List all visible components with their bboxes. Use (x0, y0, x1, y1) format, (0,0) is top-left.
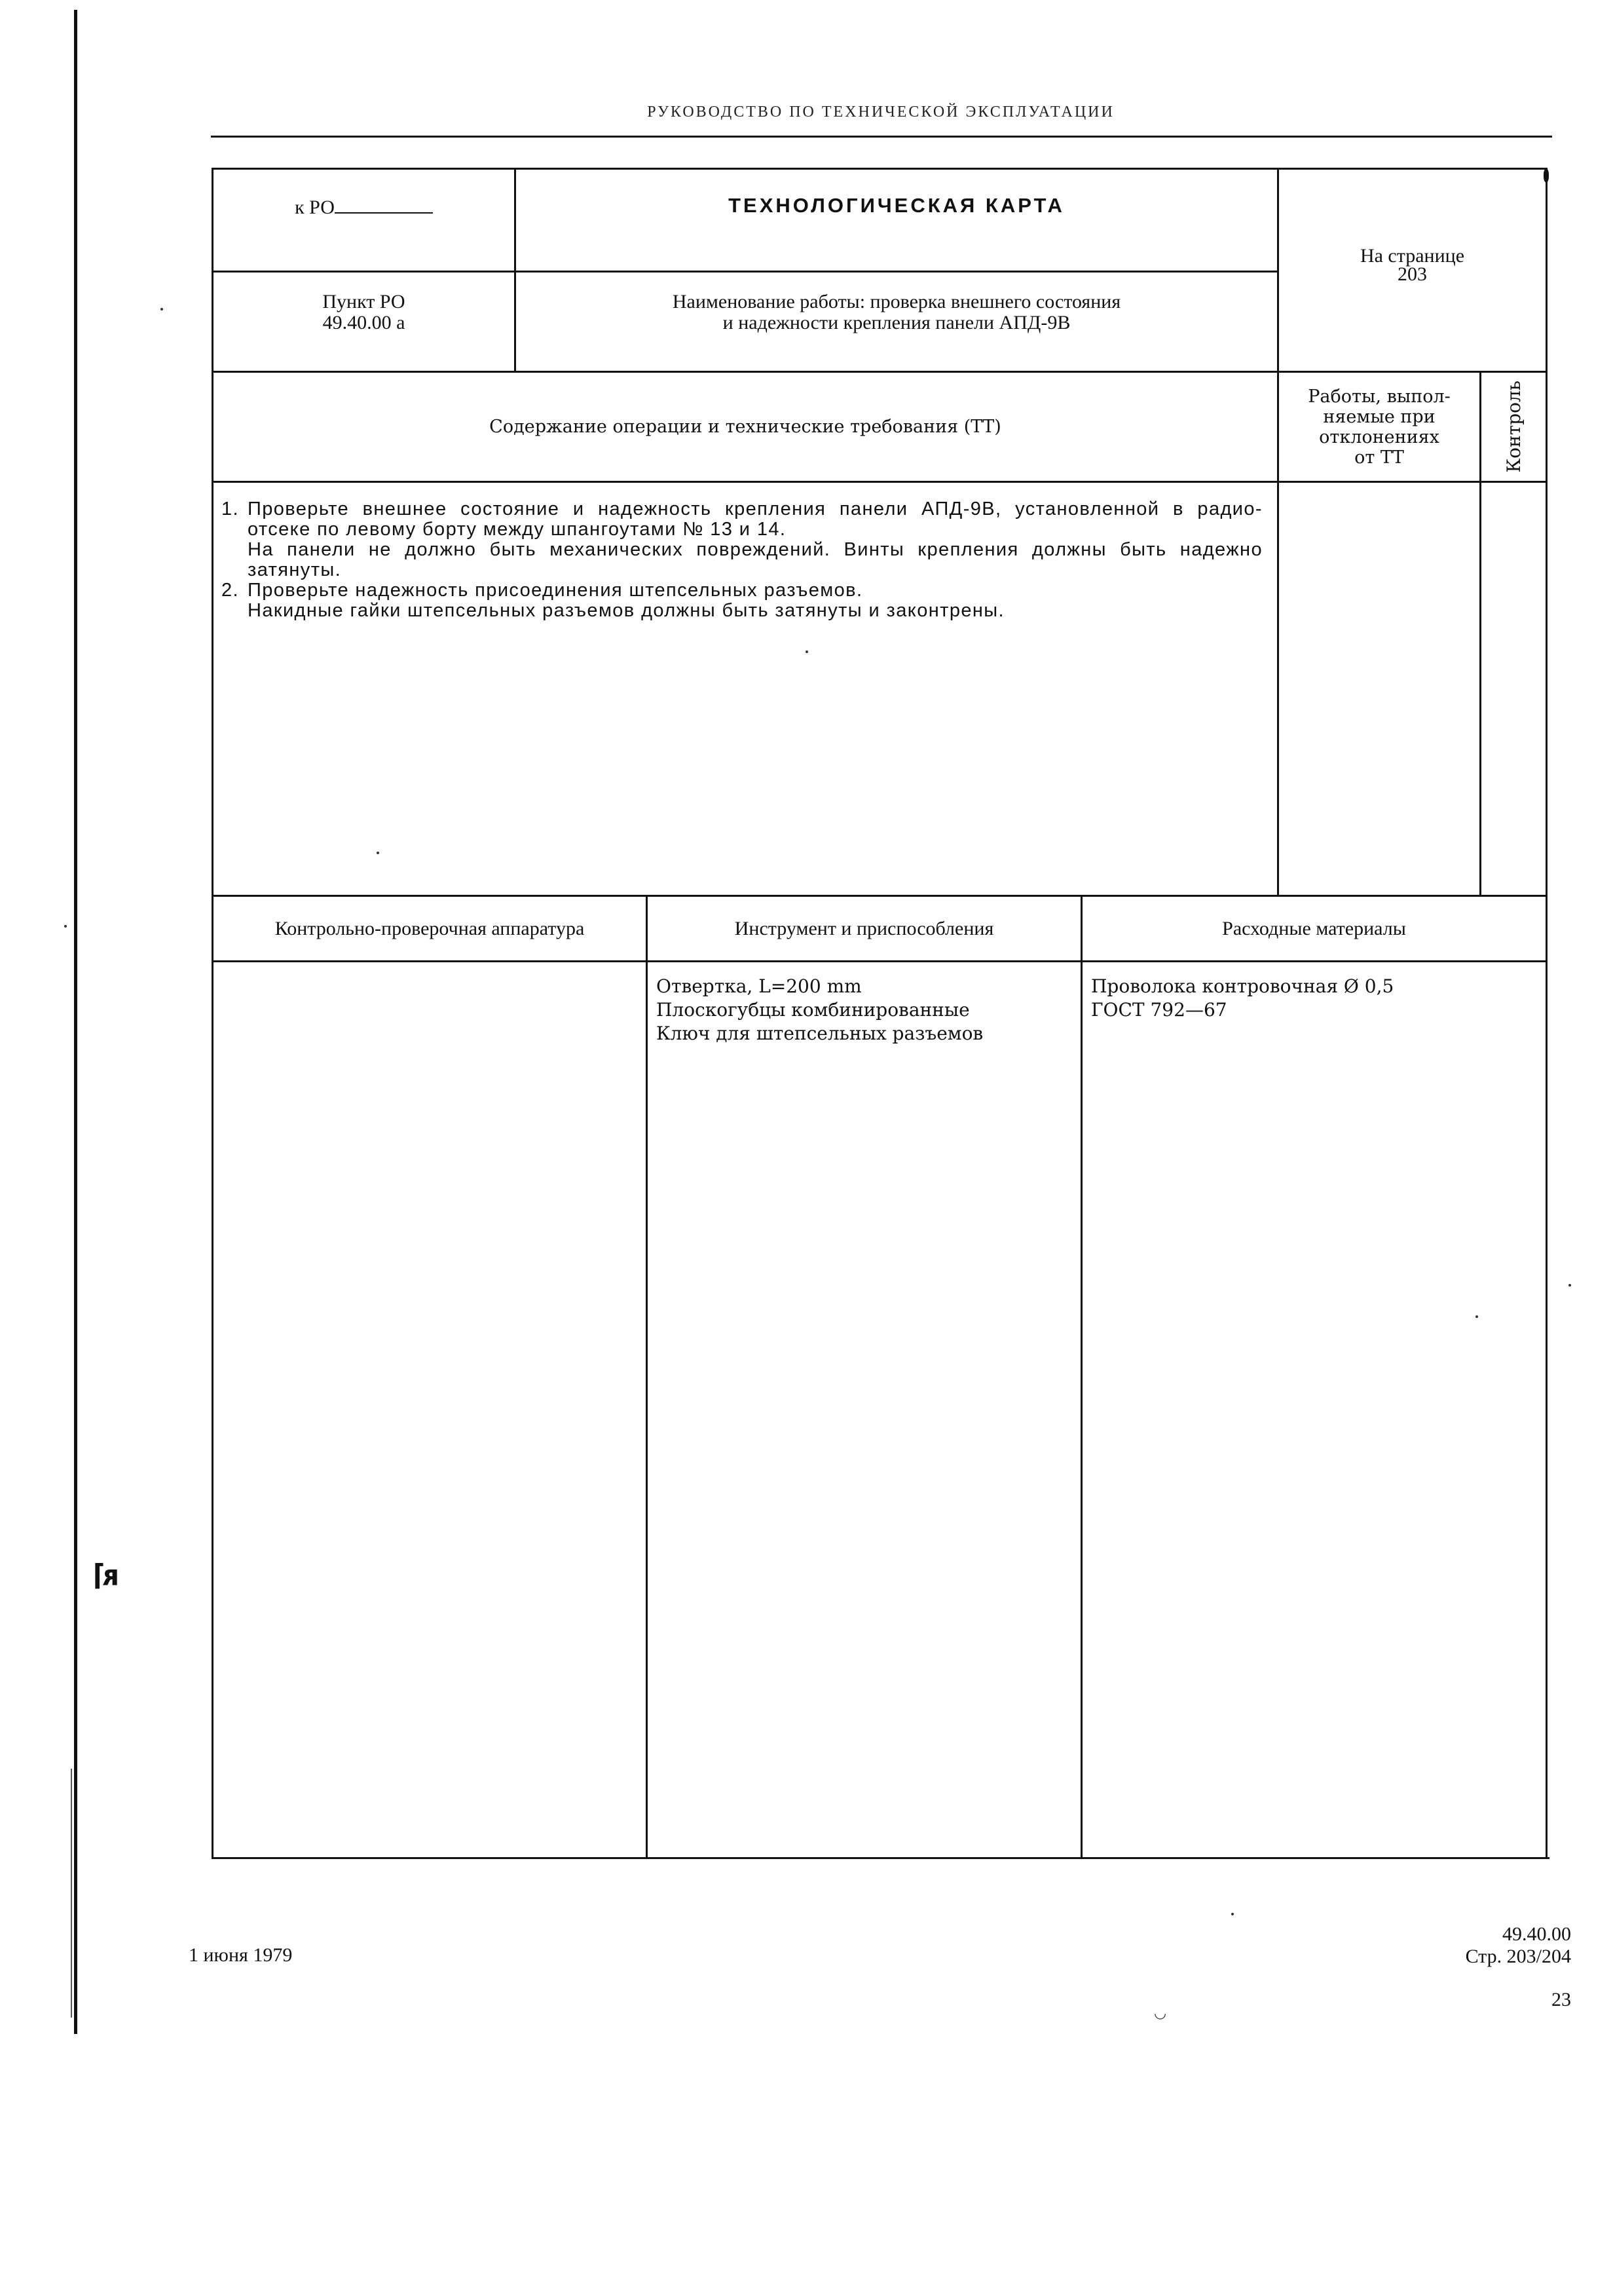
ro-reference-label: к РО (295, 197, 335, 218)
work-name-line: и надежности крепления панели АПД-9В (723, 312, 1071, 333)
scan-speck (64, 925, 67, 928)
content-header-cell: Содержание операции и технические требов… (213, 373, 1277, 481)
footer-sheet-number: 23 (1551, 1989, 1571, 2011)
card-title: ТЕХНОЛОГИЧЕСКАЯ КАРТА (728, 194, 1065, 217)
item-cell: Пункт РО 49.40.00 а (213, 273, 514, 371)
deviations-value-cell (1279, 483, 1479, 895)
item-label: Пункт РО (322, 292, 405, 312)
table-border-right (1546, 168, 1548, 1859)
step-number: 2. (221, 580, 248, 621)
consumable-item: Проволока контровочная Ø 0,5 (1091, 975, 1536, 998)
margin-stamp: ⌈ᴙ (93, 1559, 117, 1592)
footer-section: 49.40.00 (1502, 1923, 1571, 1946)
scan-edge-bar (74, 10, 77, 2034)
tool-item: Ключ для штепсельных разъемов (656, 1022, 1075, 1045)
step-number: 1. (221, 499, 248, 580)
tool-item: Отвертка, L=200 mm (656, 975, 1075, 998)
divider (646, 895, 648, 1858)
tools-header: Инструмент и приспособления (735, 918, 994, 939)
title-cell: ТЕХНОЛОГИЧЕСКАЯ КАРТА (516, 170, 1277, 271)
scan-speck (377, 852, 379, 854)
page-value: 203 (1398, 264, 1427, 285)
divider (1081, 895, 1083, 1858)
scan-speck (806, 650, 808, 653)
tools-header-cell: Инструмент и приспособления (648, 897, 1081, 960)
scan-speck (1475, 1315, 1478, 1318)
table-border-bottom (212, 1857, 1549, 1859)
page-cell: На странице 203 (1279, 170, 1546, 371)
consumable-item: ГОСТ 792—67 (1091, 998, 1536, 1022)
operation-step: 1. Проверьте внешнее состояние и надежно… (221, 499, 1263, 580)
scan-speck (160, 308, 163, 311)
control-header: Контроль (1503, 381, 1525, 473)
operation-step: 2. Проверьте надежность присоединения шт… (221, 580, 1263, 621)
test-equipment-header: Контрольно-проверочная аппаратура (275, 918, 585, 939)
consumables-header: Расходные материалы (1222, 918, 1406, 939)
step-text-line: На панели не должно быть механических по… (248, 540, 1263, 560)
ro-reference-blank (335, 197, 433, 214)
control-value-cell (1481, 483, 1546, 895)
footer-pages: Стр. 203/204 (1466, 1946, 1571, 1968)
step-text-line: Проверьте надежность присоединения штепс… (248, 580, 1263, 601)
scan-speck (1231, 1913, 1234, 1915)
test-equipment-header-cell: Контрольно-проверочная аппаратура (213, 897, 646, 960)
tools-list: Отвертка, L=200 mm Плоскогубцы комбиниро… (656, 975, 1075, 1045)
operations-content: 1. Проверьте внешнее состояние и надежно… (221, 499, 1263, 621)
content-header: Содержание операции и технические требов… (489, 417, 1001, 437)
divider (212, 960, 1548, 962)
work-name-cell: Наименование работы: проверка внешнего с… (516, 273, 1277, 371)
deviations-header-line: от ТТ (1354, 447, 1404, 468)
work-name-line: Наименование работы: проверка внешнего с… (673, 292, 1121, 312)
deviations-header-line: Работы, выпол- (1308, 386, 1451, 407)
deviations-header-line: отклонениях (1319, 427, 1439, 447)
header-rule (211, 136, 1552, 138)
deviations-header-cell: Работы, выпол- няемые при отклонениях от… (1279, 373, 1479, 481)
running-header: РУКОВОДСТВО ПО ТЕХНИЧЕСКОЙ ЭКСПЛУАТАЦИИ (210, 104, 1552, 121)
scan-speck (1568, 1284, 1571, 1287)
footer-date: 1 июня 1979 (189, 1944, 292, 1967)
step-text-line: Проверьте внешнее состояние и надежность… (248, 499, 1263, 519)
step-text-line: Накидные гайки штепсельных разъемов долж… (248, 601, 1263, 621)
item-value: 49.40.00 а (323, 312, 405, 333)
ro-reference-cell: к РО (213, 170, 514, 271)
deviations-header-line: няемые при (1323, 407, 1435, 427)
step-text-line: отсеке по левому борту между шпангоутами… (248, 519, 1263, 540)
tool-item: Плоскогубцы комбинированные (656, 998, 1075, 1022)
consumables-list: Проволока контровочная Ø 0,5 ГОСТ 792—67 (1091, 975, 1536, 1022)
scan-edge-line (71, 1769, 72, 2018)
scan-mark: ◡ (1154, 2004, 1166, 2022)
step-text-line: затянуты. (248, 560, 1263, 580)
consumables-header-cell: Расходные материалы (1083, 897, 1546, 960)
control-header-cell: Контроль (1481, 373, 1546, 481)
